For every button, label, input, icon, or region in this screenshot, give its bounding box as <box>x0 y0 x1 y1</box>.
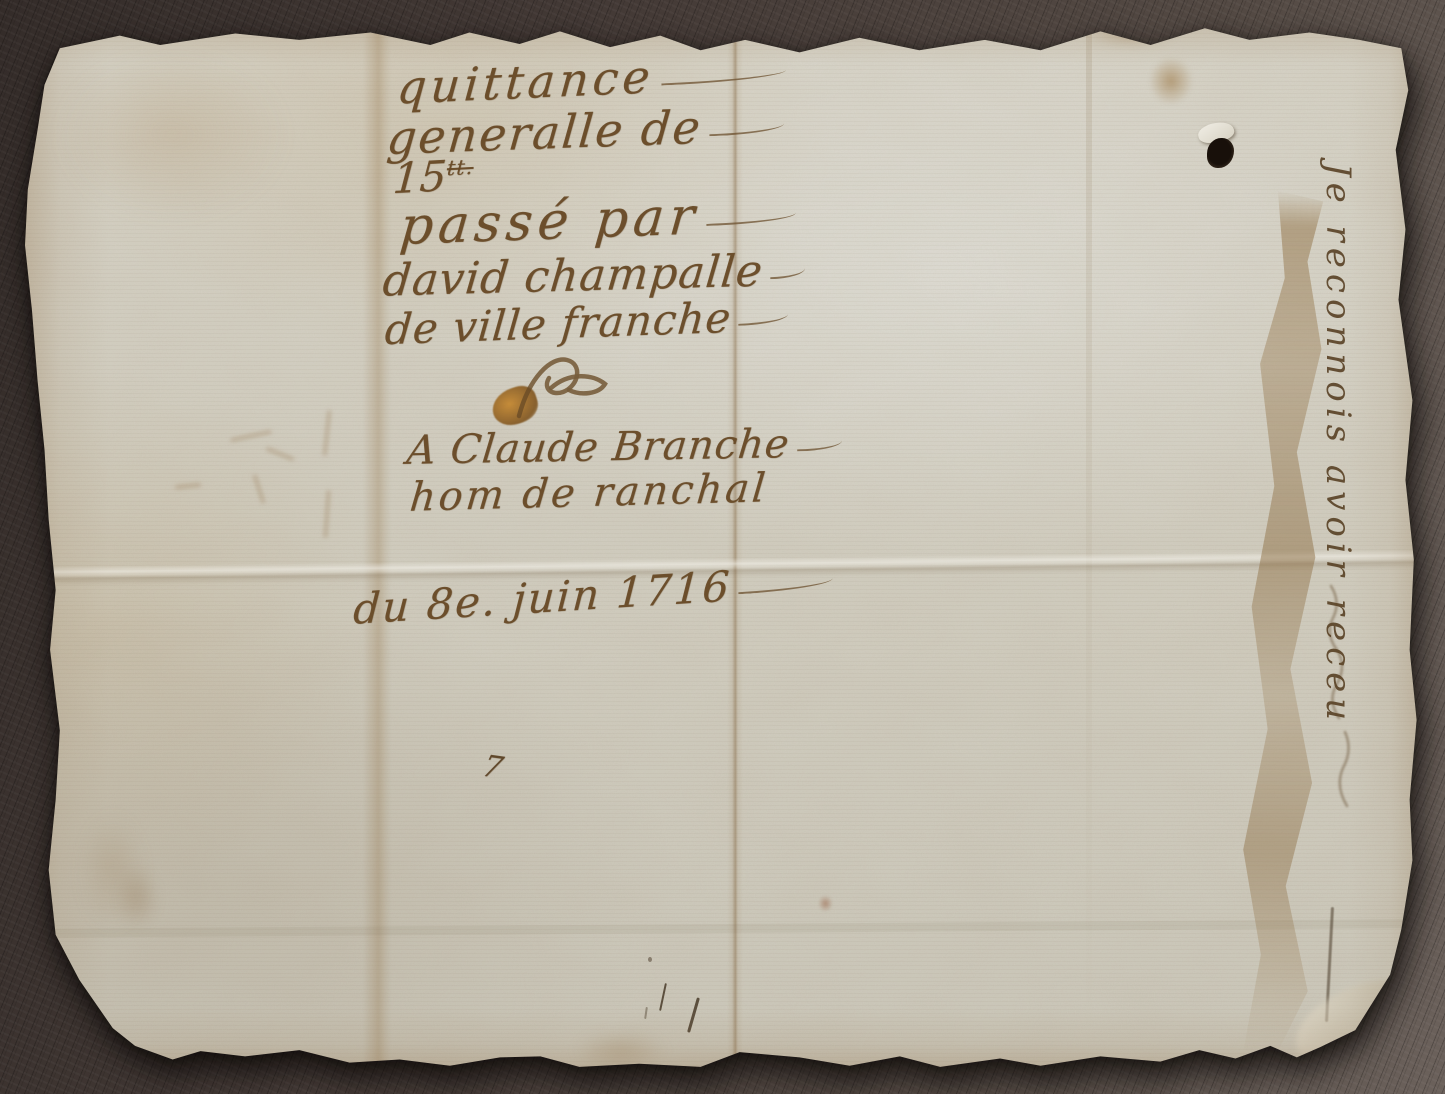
paper-sheet: quittance generalle de 15tt. passé par d… <box>25 22 1418 1070</box>
vertical-fold-right-faint <box>1086 30 1092 1050</box>
ink-flourish-stroke <box>796 429 841 452</box>
docket-line-ranchal: hom de ranchal <box>409 465 768 520</box>
docket-text: hom de ranchal <box>408 465 770 521</box>
ink-flourish-stroke <box>708 109 784 137</box>
ink-flourish-stroke <box>738 301 789 326</box>
docket-line-claude-branche: A Claude Branche <box>407 420 842 474</box>
ink-flourish-stroke <box>660 55 786 85</box>
photo-of-manuscript: quittance generalle de 15tt. passé par d… <box>0 0 1445 1094</box>
washed-ink-traces <box>1307 582 1367 942</box>
amount-superscript: tt. <box>446 155 474 181</box>
ink-flourish-stroke <box>770 254 806 279</box>
paper-texture <box>25 22 1418 1070</box>
ink-flourish-stroke <box>737 565 833 594</box>
ink-flourish-stroke <box>705 195 796 226</box>
vertical-fold-center <box>727 22 743 1070</box>
paper-shadow-wrap: quittance generalle de 15tt. passé par d… <box>0 0 1445 1094</box>
docket-text: passé par <box>397 186 701 257</box>
vertical-fold-left <box>363 28 391 1064</box>
stray-ink-dot <box>648 957 652 962</box>
